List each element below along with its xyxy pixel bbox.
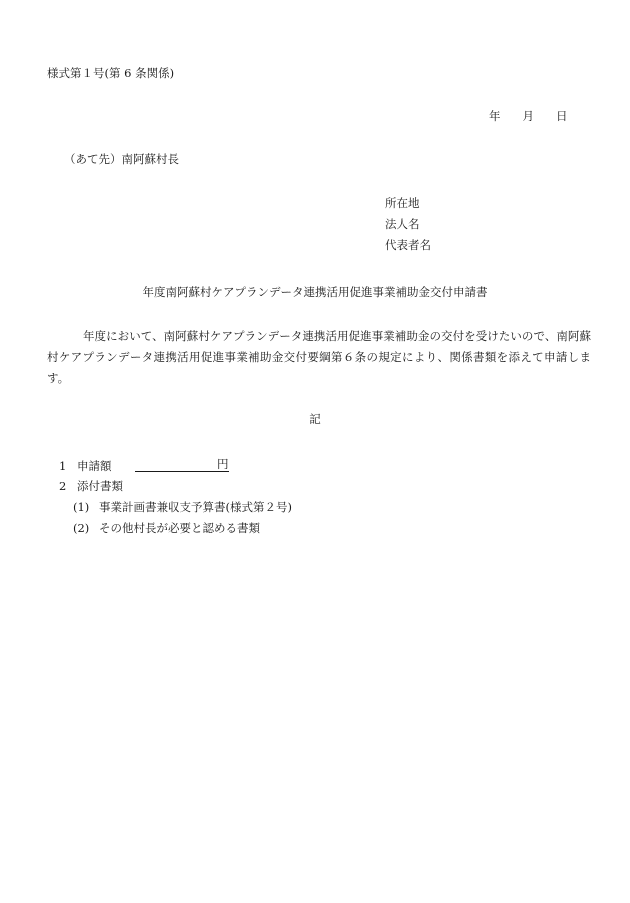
item-attachments: 2添付書類: [59, 481, 123, 493]
representative-label: 代表者名: [385, 240, 431, 261]
amount-field[interactable]: [135, 459, 217, 472]
subitem-number: (2): [73, 523, 99, 535]
date-year: 年: [489, 111, 501, 123]
item-label: 添付書類: [77, 479, 123, 493]
ki-heading: 記: [0, 414, 630, 426]
date-line: 年月日: [489, 111, 568, 123]
item-application-amount: 1申請額円: [59, 459, 229, 472]
item-number: 2: [59, 481, 77, 493]
item-label: 申請額: [77, 461, 135, 473]
document-title: 年度南阿蘇村ケアプランデータ連携活用促進事業補助金交付申請書: [0, 287, 630, 299]
subitem-label: その他村長が必要と認める書類: [99, 521, 260, 535]
address-label: 所在地: [385, 198, 431, 219]
amount-unit: 円: [217, 459, 229, 472]
date-day: 日: [556, 111, 568, 123]
subitem-label: 事業計画書兼収支予算書(様式第２号): [99, 500, 292, 514]
date-month: 月: [523, 111, 535, 123]
applicant-block: 所在地 法人名 代表者名: [385, 198, 431, 261]
body-paragraph: 年度において、南阿蘇村ケアプランデータ連携活用促進事業補助金の交付を受けたいので…: [47, 326, 591, 389]
item-number: 1: [59, 461, 77, 473]
addressee: （あて先）南阿蘇村長: [64, 154, 179, 166]
corporation-label: 法人名: [385, 219, 431, 240]
subitem-other-documents: (2)その他村長が必要と認める書類: [73, 523, 260, 535]
subitem-business-plan: (1)事業計画書兼収支予算書(様式第２号): [73, 502, 292, 514]
subitem-number: (1): [73, 502, 99, 514]
form-number: 様式第１号(第 6 条関係): [47, 68, 174, 80]
